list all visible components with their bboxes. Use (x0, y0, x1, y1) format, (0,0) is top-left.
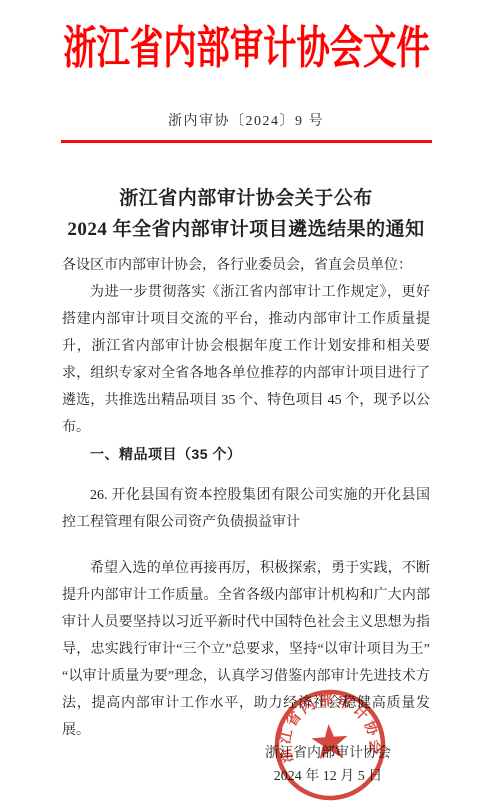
doc-number: 浙内审协〔2024〕9 号 (0, 110, 492, 130)
star-icon (310, 723, 349, 760)
notice-title-line2: 2024 年全省内部审计项目遴选结果的通知 (0, 214, 492, 245)
section-heading-premium-projects: 一、精品项目（35 个） (62, 441, 430, 468)
notice-title: 浙江省内部审计协会关于公布 2024 年全省内部审计项目遴选结果的通知 (0, 183, 492, 245)
document-page: 浙江省内部审计协会文件 浙内审协〔2024〕9 号 浙江省内部审计协会关于公布 … (0, 0, 492, 801)
official-seal: 浙江省内部审计协会 (270, 685, 391, 801)
letterhead-title: 浙江省内部审计协会文件 (63, 11, 429, 76)
intro-paragraph: 为进一步贯彻落实《浙江省内部审计工作规定》，更好搭建内部审计项目交流的平台，推动… (62, 279, 430, 441)
red-divider-line (61, 140, 432, 143)
notice-body: 各设区市内部审计协会，各行业委员会，省直会员单位： 为进一步贯彻落实《浙江省内部… (62, 252, 430, 744)
letterhead-banner: 浙江省内部审计协会文件 (0, 12, 492, 74)
list-item-26: 26. 开化县国有资本控股集团有限公司实施的开化县国控工程管理有限公司资产负债损… (62, 482, 430, 536)
notice-title-line1: 浙江省内部审计协会关于公布 (0, 183, 492, 214)
salutation: 各设区市内部审计协会，各行业委员会，省直会员单位： (62, 252, 430, 279)
